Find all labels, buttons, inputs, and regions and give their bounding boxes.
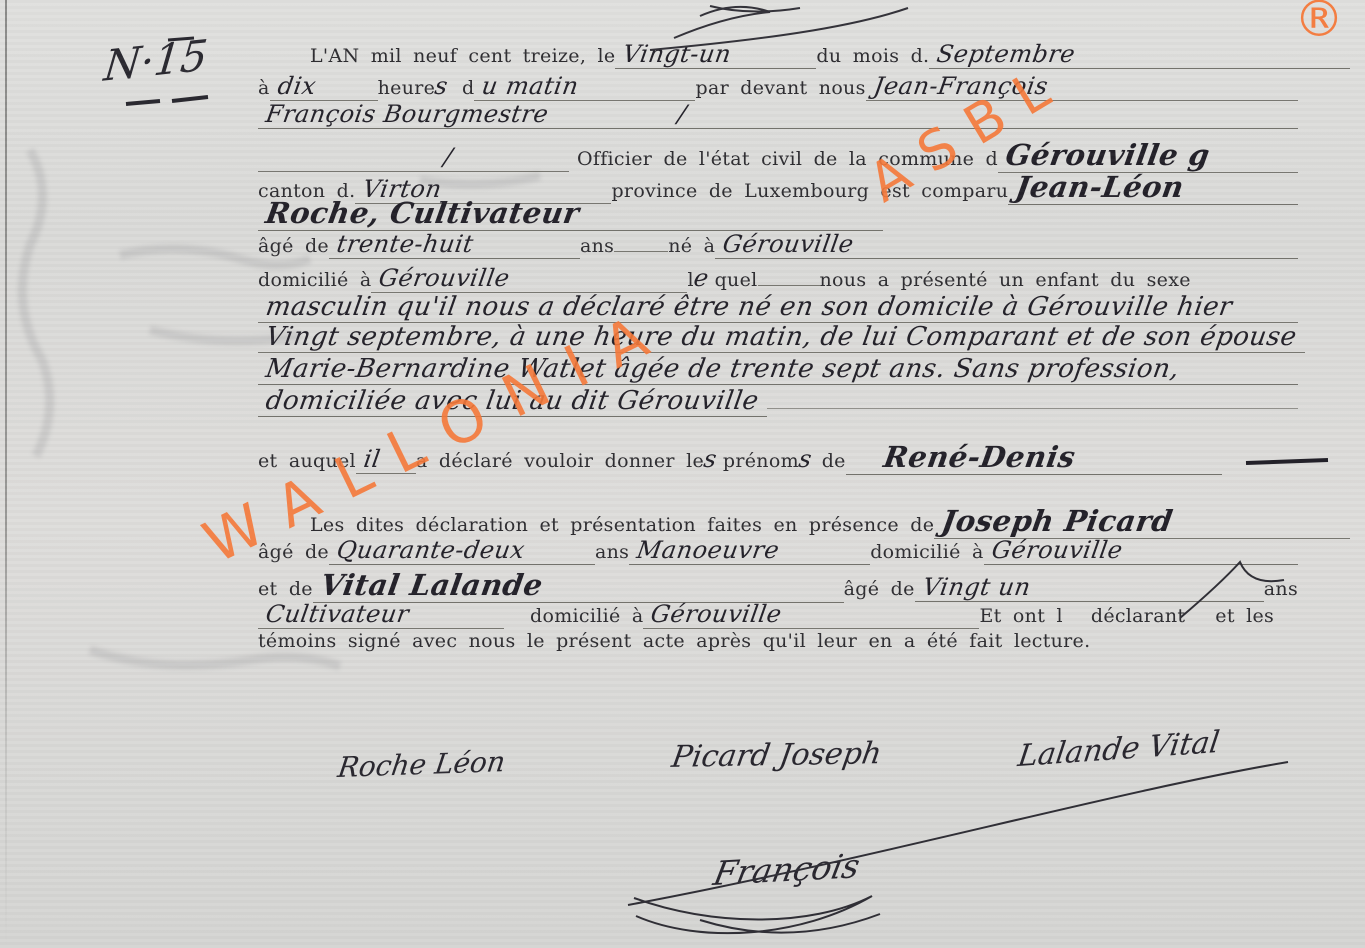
page-left-edge-line (5, 0, 7, 948)
birth-certificate-scan: N·15 L'AN mil neuf cent treize, le Vingt… (0, 0, 1365, 948)
blank-witness1-name: Joseph Picard (934, 504, 1350, 539)
handwritten-officer-name: François Bourgmestre (264, 100, 551, 128)
blank-fullline: domiciliée avec lui au dit Gérouville (258, 386, 767, 417)
form-line-1: L'AN mil neuf cent treize, le Vingt-un d… (258, 40, 1350, 69)
handwritten-pronoun: il (362, 445, 383, 473)
printed-text: âgé de (258, 235, 329, 257)
form-line-17: Cultivateur domicilié à Gérouville Et on… (258, 600, 1298, 629)
printed-text: heure (378, 77, 436, 99)
blank-empty (767, 408, 1298, 409)
handwritten-day: Vingt-un (621, 40, 734, 68)
printed-text: d (462, 77, 474, 99)
form-line-8: domicilié à Gérouville le quel nous a pr… (258, 264, 1298, 293)
blank-hour: dix (270, 72, 378, 101)
printed-text: L'AN mil neuf cent treize, le (310, 45, 615, 67)
blank-officer-name: François Bourgmestre/ (258, 100, 1298, 129)
printed-text: nous a présenté un enfant du sexe (820, 269, 1191, 291)
signature-picard-joseph: Picard Joseph (669, 736, 884, 775)
handwritten-witness1-residence: Gérouville (989, 536, 1124, 564)
printed-text: déclarant (1091, 605, 1185, 627)
blank-officer-firstname: Jean-François (866, 72, 1298, 101)
blank-declarant-name: Roche, Cultivateur (258, 196, 883, 231)
blank-fullline: Marie-Bernardine Watlet âgée de trente s… (258, 354, 1298, 385)
form-line-3: François Bourgmestre/ (258, 100, 1298, 129)
form-line-15: âgé de Quarante-deux ans Manoeuvre domic… (258, 536, 1298, 565)
printed-text: âgé de (258, 541, 329, 563)
handwritten-witness2-occupation: Cultivateur (264, 600, 411, 628)
handwritten-declaration-2: Vingt septembre, à une heure du matin, d… (264, 322, 1299, 352)
form-line-13: et auquel il a déclaré vouloir donner le… (258, 440, 1298, 475)
form-line-12: domiciliée avec lui au dit Gérouville (258, 386, 1298, 417)
printed-text: Officier de l'état civil de la commune d (577, 148, 998, 170)
form-line-4: / Officier de l'état civil de la commune… (258, 138, 1298, 173)
blank-fullline: masculin qu'il nous a déclaré être né en… (258, 292, 1298, 323)
blank-residence: Gérouville (371, 264, 687, 293)
form-line-14: Les dites déclaration et présentation fa… (258, 504, 1350, 539)
printed-text: et les (1215, 605, 1274, 627)
blank-witness2-residence: Gérouville (643, 600, 979, 629)
act-number: N·15 (102, 30, 210, 91)
handwritten-declaration-4: domiciliée avec lui au dit Gérouville (264, 386, 761, 416)
handwritten-witness1-age: Quarante-deux (335, 536, 527, 564)
handwritten-birthplace: Gérouville (721, 230, 856, 258)
handwritten-declaration-3: Marie-Bernardine Watlet âgée de trente s… (264, 354, 1182, 384)
form-line-2: à dix heures d u matin par devant nous J… (258, 72, 1298, 101)
handwritten-witness1-occupation: Manoeuvre (635, 536, 782, 564)
printed-text: ans (580, 235, 614, 257)
printed-text: né à (668, 235, 715, 257)
handwritten-plural-s: s (433, 72, 450, 100)
printed-text: du mois d. (816, 45, 929, 67)
blank-day: Vingt-un (615, 40, 816, 69)
handwritten-letter-e: e (692, 264, 711, 292)
blank-ampm: u matin (474, 72, 695, 101)
form-line-7: âgé de trente-huit ans né à Gérouville (258, 230, 1298, 259)
handwritten-hour: dix (275, 72, 318, 100)
handwritten-witness2-name: Vital Lalande (318, 568, 545, 602)
blank-pronoun: il (356, 445, 416, 474)
officer-signature-flourish (628, 762, 1288, 933)
form-line-11: Marie-Bernardine Watlet âgée de trente s… (258, 354, 1298, 385)
printed-text: Et ont l (979, 605, 1062, 627)
blank-witness1-age: Quarante-deux (329, 536, 595, 565)
form-line-16: et de Vital Lalande âgé de Vingt un ans (258, 568, 1298, 603)
handwritten-witness1-name: Joseph Picard (940, 504, 1176, 538)
printed-text: a déclaré vouloir donner le (416, 450, 704, 472)
form-line-10: Vingt septembre, à une heure du matin, d… (258, 322, 1298, 353)
blank-empty (758, 285, 820, 286)
blank-empty (614, 251, 668, 252)
handwritten-ampm: u matin (480, 72, 581, 100)
blank-witness2-age: Vingt un (915, 573, 1264, 602)
blank-title: / (258, 143, 569, 172)
signature-officer-francois: François (710, 846, 863, 893)
printed-text: par devant nous (695, 77, 865, 99)
form-line-9: masculin qu'il nous a déclaré être né en… (258, 292, 1298, 323)
blank-age: trente-huit (329, 230, 580, 259)
printed-text: prénom (723, 450, 799, 472)
handwritten-declarant-name: Roche, Cultivateur (263, 196, 582, 230)
blank-witness1-occupation: Manoeuvre (629, 536, 870, 565)
handwritten-witness2-residence: Gérouville (649, 600, 784, 628)
blank-birthplace: Gérouville (715, 230, 1298, 259)
signature-lalande-vital: Lalande Vital (1016, 725, 1222, 774)
printed-text: Les dites déclaration et présentation fa… (310, 514, 934, 536)
printed-text: âgé de (844, 578, 915, 600)
blank-witness2-name: Vital Lalande (313, 568, 844, 603)
handwritten-age: trente-huit (335, 230, 476, 258)
printed-text: et de (258, 578, 313, 600)
handwritten-residence: Gérouville (377, 264, 512, 292)
handwritten-witness2-age: Vingt un (920, 573, 1032, 601)
printed-text: domicilié à (870, 541, 983, 563)
handwritten-slash: / (442, 143, 455, 171)
printed-text: à (258, 77, 270, 99)
handwritten-plural-s: s (797, 445, 814, 473)
form-line-18: témoins signé avec nous le présent acte … (258, 630, 1298, 652)
handwritten-declaration-1: masculin qu'il nous a déclaré être né en… (264, 292, 1235, 322)
blank-witness1-residence: Gérouville (984, 536, 1298, 565)
printed-text: domicilié à (530, 605, 643, 627)
blank-fullline: Vingt septembre, à une heure du matin, d… (258, 322, 1305, 353)
handwritten-plural-s: s (702, 445, 719, 473)
form-line-6: Roche, Cultivateur (258, 196, 1298, 231)
blank-child-names: René-Denis (846, 440, 1222, 475)
handwritten-slash: / (676, 100, 689, 128)
printed-text: quel (715, 269, 758, 291)
printed-text: et auquel (258, 450, 356, 472)
handwritten-commune: Gérouville g (1003, 138, 1212, 172)
printed-text: domicilié à (258, 269, 371, 291)
handwritten-officer-firstname: Jean-François (871, 72, 1049, 100)
blank-witness2-occupation: Cultivateur (258, 600, 504, 629)
handwritten-month: Septembre (935, 40, 1078, 68)
printed-text: de (822, 450, 846, 472)
handwritten-child-names: René-Denis (881, 440, 1078, 474)
blank-commune: Gérouville g (998, 138, 1298, 173)
signature-roche-leon: Roche Léon (336, 745, 508, 784)
printed-text: témoins signé avec nous le présent acte … (258, 630, 1090, 652)
printed-text: ans (1264, 578, 1298, 600)
blank-month: Septembre (929, 40, 1350, 69)
printed-text: ans (595, 541, 629, 563)
